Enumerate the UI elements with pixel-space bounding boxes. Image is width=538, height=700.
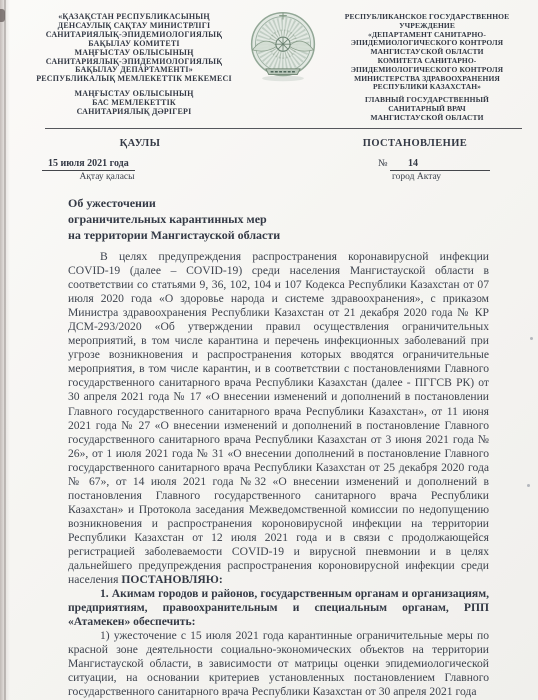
body-paragraph-item-1: 1. Акимам городов и районов, государстве… bbox=[68, 587, 489, 629]
scan-corner-artifact bbox=[0, 9, 5, 22]
doc-place-kazakh: Ақтау қаласы bbox=[42, 172, 172, 182]
scanned-document-page: «ҚАЗАҚСТАН РЕСПУБЛИКАСЫНЫҢ ДЕНСАУЛЫҚ САҚ… bbox=[0, 0, 538, 700]
header-left-organization: «ҚАЗАҚСТАН РЕСПУБЛИКАСЫНЫҢ ДЕНСАУЛЫҚ САҚ… bbox=[28, 13, 240, 84]
doc-title: Об ужесточении ограничительных карантинн… bbox=[68, 196, 398, 243]
resolve-keyword: ПОСТАНОВЛЯЮ: bbox=[121, 573, 222, 586]
preamble-text: В целях предупреждения распространения к… bbox=[68, 250, 489, 586]
doc-number-label: № bbox=[378, 158, 388, 169]
scan-speck bbox=[527, 484, 530, 487]
header-right-officer: ГЛАВНЫЙ ГОСУДАРСТВЕННЫЙ САНИТАРНЫЙ ВРАЧ … bbox=[332, 96, 522, 122]
body-paragraph-item-1-1: 1) ужесточение с 15 июля 2021 года каран… bbox=[68, 629, 489, 699]
doc-type-russian: ПОСТАНОВЛЕНИЕ bbox=[330, 138, 500, 149]
body-paragraph-preamble: В целях предупреждения распространения к… bbox=[68, 250, 489, 587]
header-right-organization: РЕСПУБЛИКАНСКОЕ ГОСУДАРСТВЕННОЕ УЧРЕЖДЕН… bbox=[332, 13, 522, 92]
kazakhstan-state-emblem-icon bbox=[245, 8, 321, 86]
doc-number-value: 14 bbox=[390, 158, 490, 171]
header-left-officer: МАҢҒЫСТАУ ОБЛЫСЫНЫҢ БАС МЕМЛЕКЕТТІК САНИ… bbox=[28, 90, 240, 117]
header-separator-line bbox=[45, 128, 522, 129]
scan-speck bbox=[530, 337, 533, 340]
scan-edge-line bbox=[4, 0, 6, 700]
doc-type-kazakh: ҚАУЛЫ bbox=[60, 138, 220, 149]
doc-date: 15 июля 2021 года bbox=[42, 158, 135, 171]
doc-body: В целях предупреждения распространения к… bbox=[68, 250, 489, 700]
doc-number: № 14 bbox=[378, 158, 490, 171]
doc-place-russian: город Актау bbox=[392, 172, 441, 182]
